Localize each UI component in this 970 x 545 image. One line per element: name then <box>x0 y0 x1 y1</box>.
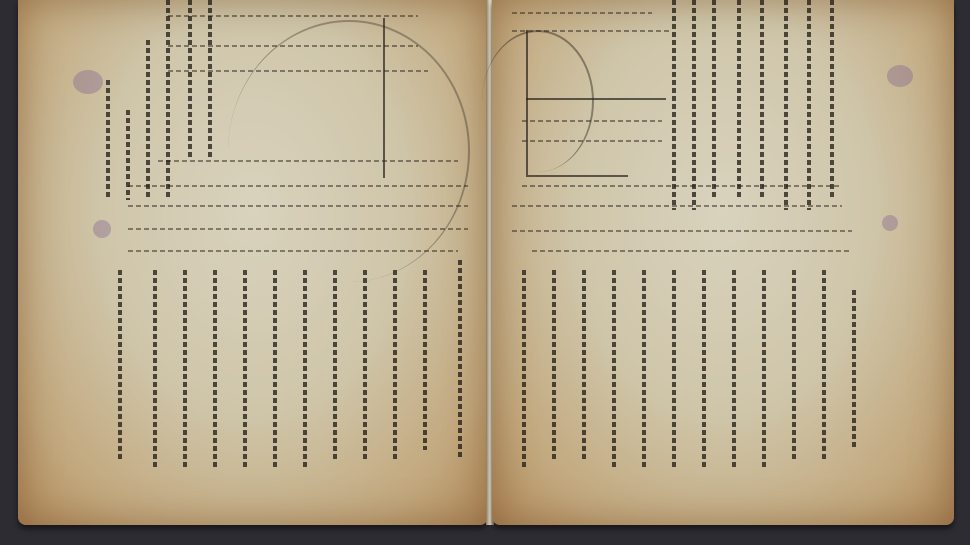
script-column <box>807 0 811 210</box>
script-column <box>760 0 764 200</box>
script-column <box>522 270 526 470</box>
undertext-line <box>512 12 652 14</box>
script-column <box>784 0 788 210</box>
script-column <box>458 260 462 460</box>
right-page <box>492 0 954 525</box>
diagram-arc <box>482 30 594 172</box>
script-column <box>852 290 856 450</box>
script-column <box>552 270 556 460</box>
script-column <box>213 270 217 470</box>
script-column <box>732 270 736 470</box>
script-column <box>582 270 586 460</box>
script-column <box>423 270 427 450</box>
script-column <box>208 0 212 160</box>
script-column <box>830 0 834 200</box>
script-column <box>146 40 150 200</box>
script-column <box>273 270 277 470</box>
stain <box>73 70 103 94</box>
stain <box>882 215 898 231</box>
undertext-line <box>522 185 842 187</box>
script-column <box>762 270 766 470</box>
script-column <box>126 110 130 200</box>
stain <box>887 65 913 87</box>
script-column <box>243 270 247 470</box>
undertext-line <box>168 15 418 17</box>
script-column <box>822 270 826 460</box>
script-column <box>118 270 122 460</box>
script-column <box>692 0 696 210</box>
diagram-arc <box>228 20 470 282</box>
script-column <box>672 0 676 210</box>
script-column <box>642 270 646 470</box>
stain <box>93 220 111 238</box>
script-column <box>166 0 170 200</box>
script-column <box>183 270 187 470</box>
script-column <box>153 270 157 470</box>
script-column <box>612 270 616 470</box>
left-page <box>18 0 488 525</box>
script-column <box>712 0 716 200</box>
script-column <box>737 0 741 200</box>
manuscript-book: Open medieval palimpsest manuscript code… <box>8 0 960 530</box>
script-column <box>333 270 337 460</box>
script-column <box>188 0 192 160</box>
image-subject: Open medieval palimpsest manuscript code… <box>8 513 372 532</box>
script-column <box>393 270 397 460</box>
script-column <box>702 270 706 470</box>
script-column <box>672 270 676 470</box>
script-column <box>363 270 367 460</box>
script-column <box>106 80 110 200</box>
script-column <box>792 270 796 460</box>
script-column <box>303 270 307 470</box>
undertext-line <box>512 230 852 232</box>
undertext-line <box>532 250 852 252</box>
undertext-line <box>512 205 842 207</box>
